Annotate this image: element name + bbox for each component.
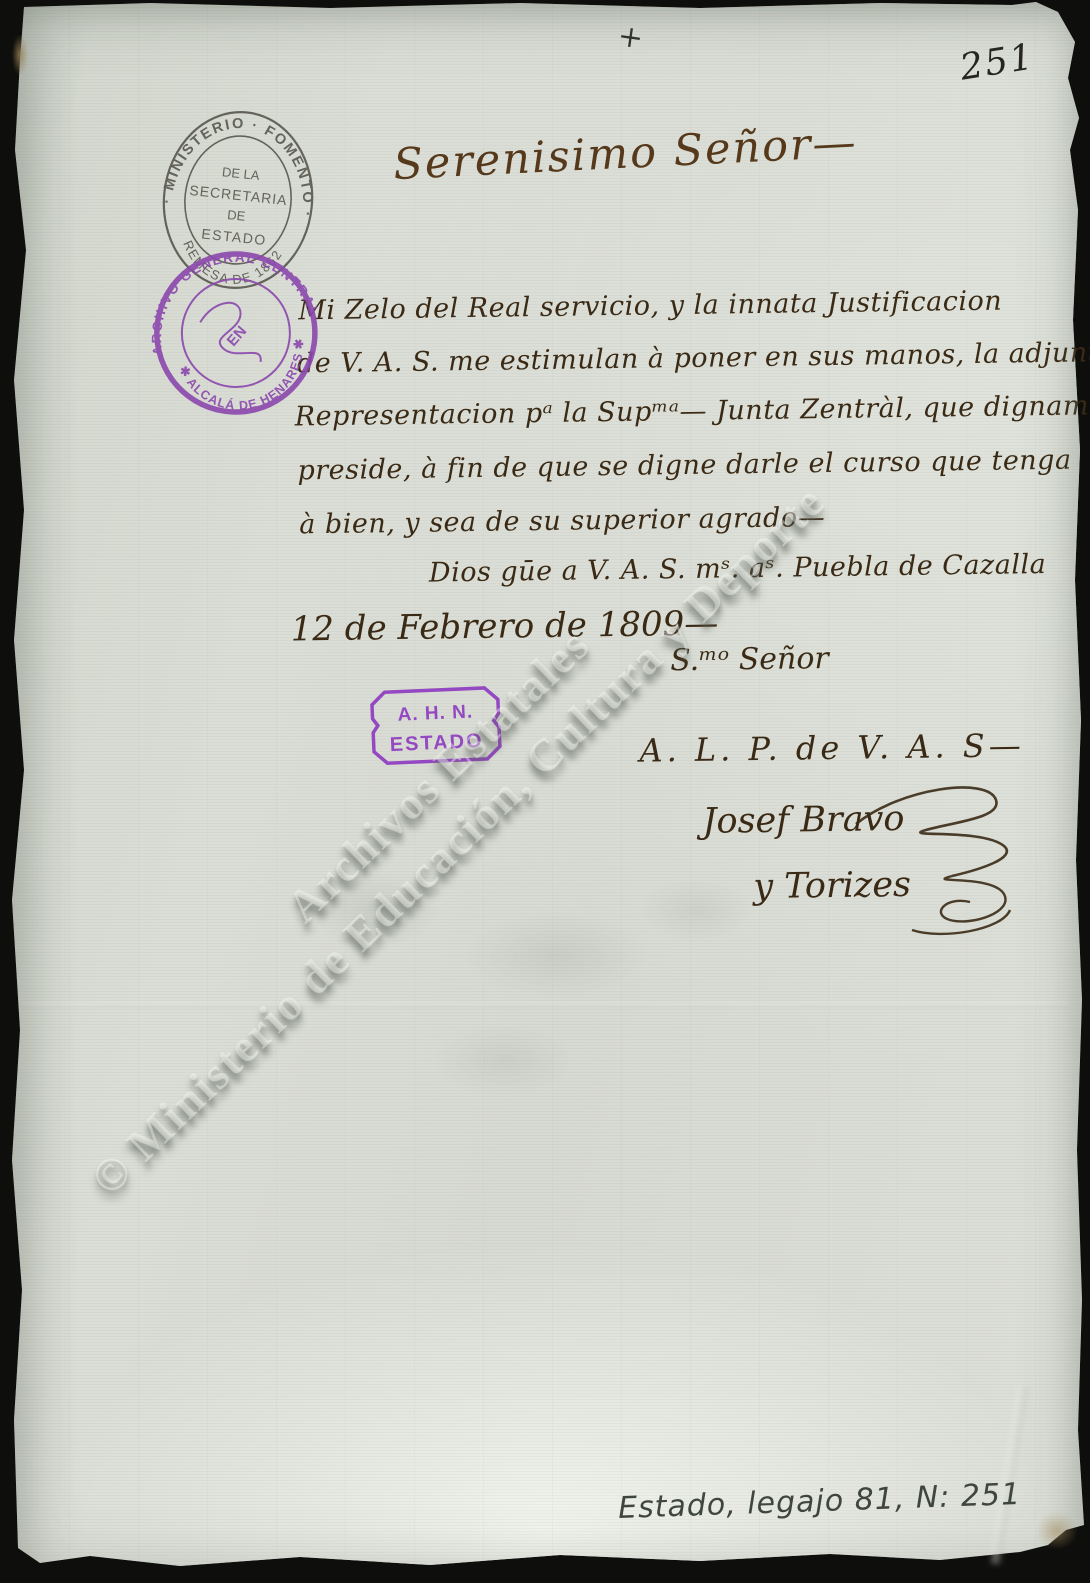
signature-flourish xyxy=(850,778,1030,948)
body-line: Mi Zelo del Real servicio, y la innata J… xyxy=(298,286,1002,327)
salutation: Serenisimo Señor— xyxy=(392,117,858,190)
body-line: Representacion pᵃ la Supᵐᵃ— Junta Zentrà… xyxy=(295,389,1090,432)
body-line: preside, à fin de que se digne darle el … xyxy=(297,445,1071,487)
flourish-stroke xyxy=(856,788,1007,876)
stamp-center-line: SECRETARIA xyxy=(189,182,289,208)
stamp-center-text: EN xyxy=(224,323,251,350)
closing-formula: A. L. P. de V. A. S— xyxy=(639,726,1025,769)
stamp-center-line: DE LA xyxy=(221,164,260,183)
flourish-stroke xyxy=(912,876,1010,934)
stamp-center-line: DE xyxy=(227,207,247,224)
body-line: de V. A. S. me estimulan à poner en sus … xyxy=(297,337,1090,379)
